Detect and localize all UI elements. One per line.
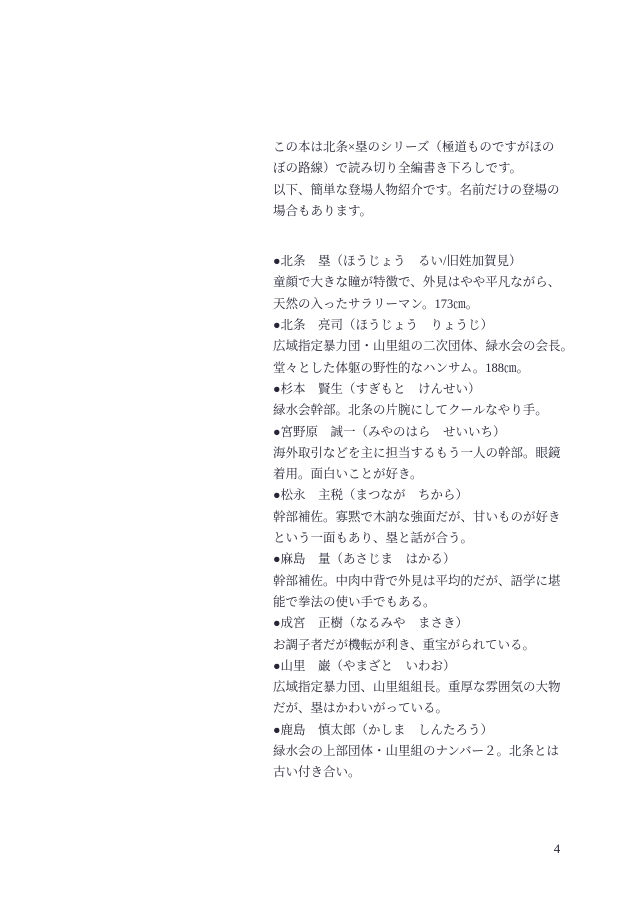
character-desc-line: 緑水会幹部。北条の片腕にしてクールなやり手。 xyxy=(273,400,585,421)
character-list: ●北条 塁（ほうじょう るい/旧姓加賀見） 童顔で大きな瞳が特徴で、外見はやや平… xyxy=(273,251,585,783)
book-page: この本は北条×塁のシリーズ（極道ものですがほの ぼの路線）で読み切り全編書き下ろ… xyxy=(0,0,642,900)
character-desc-line: 古い付き合い。 xyxy=(273,762,585,783)
character-entry: ●北条 塁（ほうじょう るい/旧姓加賀見） 童顔で大きな瞳が特徴で、外見はやや平… xyxy=(273,251,585,315)
character-desc-line: 緑水会の上部団体・山里組のナンバー２。北条とは xyxy=(273,741,585,762)
page-number: 4 xyxy=(548,841,566,857)
character-name-line: ●松永 主税（まつなが ちから） xyxy=(273,485,585,506)
character-desc-line: 堂々とした体躯の野性的なハンサム。188㎝。 xyxy=(273,358,585,379)
character-entry: ●宮野原 誠一（みやのはら せいいち） 海外取引などを主に担当するもう一人の幹部… xyxy=(273,422,585,486)
character-desc-line: 幹部補佐。中肉中背で外見は平均的だが、語学に堪 xyxy=(273,571,585,592)
intro-line: この本は北条×塁のシリーズ（極道ものですがほの xyxy=(273,137,585,158)
character-name-line: ●山里 巌（やまざと いわお） xyxy=(273,656,585,677)
character-entry: ●鹿島 慎太郎（かしま しんたろう） 緑水会の上部団体・山里組のナンバー２。北条… xyxy=(273,720,585,784)
character-desc-line: 海外取引などを主に担当するもう一人の幹部。眼鏡 xyxy=(273,443,585,464)
character-desc-line: お調子者だが機転が利き、重宝がられている。 xyxy=(273,635,585,656)
character-entry: ●北条 亮司（ほうじょう りょうじ） 広域指定暴力団・山里組の二次団体、緑水会の… xyxy=(273,315,585,379)
character-desc-line: 広域指定暴力団・山里組の二次団体、緑水会の会長。 xyxy=(273,336,585,357)
intro-line: 場合もあります。 xyxy=(273,201,585,222)
character-desc-line: 能で拳法の使い手でもある。 xyxy=(273,592,585,613)
character-name-line: ●成宮 正樹（なるみや まさき） xyxy=(273,613,585,634)
character-entry: ●成宮 正樹（なるみや まさき） お調子者だが機転が利き、重宝がられている。 xyxy=(273,613,585,656)
intro-line: ぼの路線）で読み切り全編書き下ろしです。 xyxy=(273,158,585,179)
character-entry: ●杉本 賢生（すぎもと けんせい） 緑水会幹部。北条の片腕にしてクールなやり手。 xyxy=(273,379,585,422)
intro-paragraph: この本は北条×塁のシリーズ（極道ものですがほの ぼの路線）で読み切り全編書き下ろ… xyxy=(273,137,585,222)
character-desc-line: という一面もあり、塁と話が合う。 xyxy=(273,528,585,549)
character-desc-line: 天然の入ったサラリーマン。173㎝。 xyxy=(273,294,585,315)
character-entry: ●松永 主税（まつなが ちから） 幹部補佐。寡黙で木訥な強面だが、甘いものが好き… xyxy=(273,485,585,549)
character-desc-line: 幹部補佐。寡黙で木訥な強面だが、甘いものが好き xyxy=(273,507,585,528)
character-desc-line: 童顔で大きな瞳が特徴で、外見はやや平凡ながら、 xyxy=(273,272,585,293)
text-block: この本は北条×塁のシリーズ（極道ものですがほの ぼの路線）で読み切り全編書き下ろ… xyxy=(273,137,585,784)
intro-line: 以下、簡単な登場人物紹介です。名前だけの登場の xyxy=(273,180,585,201)
character-entry: ●麻島 量（あさじま はかる） 幹部補佐。中肉中背で外見は平均的だが、語学に堪 … xyxy=(273,549,585,613)
character-desc-line: だが、塁はかわいがっている。 xyxy=(273,698,585,719)
character-entry: ●山里 巌（やまざと いわお） 広域指定暴力団、山里組組長。重厚な雰囲気の大物 … xyxy=(273,656,585,720)
character-name-line: ●杉本 賢生（すぎもと けんせい） xyxy=(273,379,585,400)
character-name-line: ●宮野原 誠一（みやのはら せいいち） xyxy=(273,422,585,443)
character-name-line: ●鹿島 慎太郎（かしま しんたろう） xyxy=(273,720,585,741)
character-desc-line: 広域指定暴力団、山里組組長。重厚な雰囲気の大物 xyxy=(273,677,585,698)
character-desc-line: 着用。面白いことが好き。 xyxy=(273,464,585,485)
character-name-line: ●北条 塁（ほうじょう るい/旧姓加賀見） xyxy=(273,251,585,272)
character-name-line: ●麻島 量（あさじま はかる） xyxy=(273,549,585,570)
character-name-line: ●北条 亮司（ほうじょう りょうじ） xyxy=(273,315,585,336)
